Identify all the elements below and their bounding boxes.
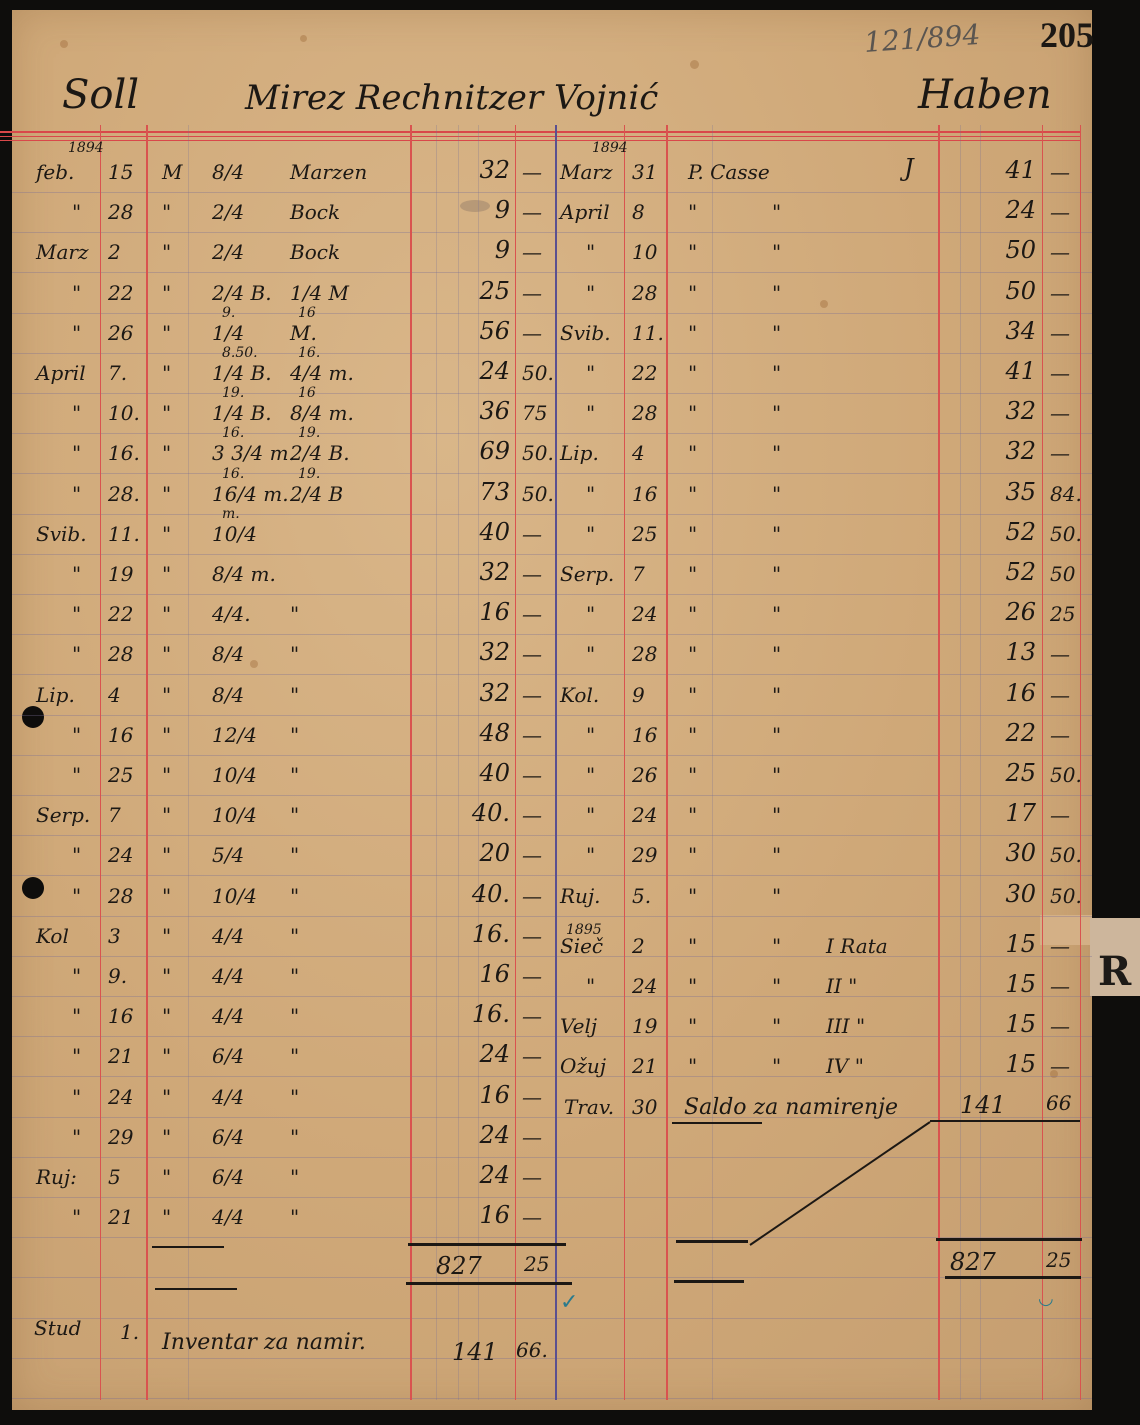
entry-amount: 36 bbox=[462, 397, 510, 425]
entry-day: 22 bbox=[108, 281, 133, 305]
entry-cents: — bbox=[1050, 642, 1070, 666]
entry-ref: " bbox=[162, 522, 171, 546]
carry-month: Stud bbox=[34, 1316, 81, 1340]
entry-cents: — bbox=[522, 723, 542, 747]
entry-ref: " bbox=[162, 642, 171, 666]
entry-item: 8/4 m. bbox=[290, 401, 354, 425]
balance-label: Saldo za namirenje bbox=[684, 1095, 898, 1120]
entry-month: Ruj: bbox=[36, 1165, 77, 1189]
ruling-line bbox=[12, 1117, 1092, 1118]
entry-quantity: 2/4 bbox=[212, 200, 244, 224]
entry-ref: " bbox=[162, 843, 171, 867]
entry-cents: — bbox=[1050, 361, 1070, 385]
entry-day: 31 bbox=[632, 160, 657, 184]
punch-hole bbox=[22, 877, 44, 899]
entry-day: 2 bbox=[108, 240, 121, 264]
ruling-line bbox=[12, 1358, 1092, 1359]
entry-month: Svib. bbox=[36, 522, 87, 546]
entry-ref: " bbox=[162, 1165, 171, 1189]
entry-amount: 24 bbox=[462, 357, 510, 385]
entry-quantity: 10/4 bbox=[212, 522, 257, 546]
entry-day: 24 bbox=[632, 803, 657, 827]
entry-desc: " bbox=[772, 401, 781, 425]
entry-amount: 16 bbox=[980, 679, 1036, 707]
entry-amount: 9 bbox=[462, 196, 510, 224]
entry-ref: " bbox=[162, 562, 171, 586]
debit-year: 1894 bbox=[68, 140, 104, 156]
ruling-line bbox=[12, 1318, 1092, 1319]
ruling-line bbox=[12, 634, 1092, 635]
entry-quantity: 6/4 bbox=[212, 1125, 244, 1149]
entry-installment: II " bbox=[826, 974, 857, 998]
entry-amount: 32 bbox=[462, 558, 510, 586]
entry-ref: " bbox=[162, 441, 171, 465]
entry-ref: " bbox=[162, 683, 171, 707]
entry-item: " bbox=[290, 1004, 299, 1028]
underline bbox=[152, 1246, 224, 1248]
entry-day: 25 bbox=[632, 522, 657, 546]
entry-desc: " bbox=[772, 642, 781, 666]
entry-day: 28 bbox=[108, 642, 133, 666]
entry-desc: " bbox=[688, 281, 697, 305]
entry-amount: 16 bbox=[462, 1201, 510, 1229]
entry-amount: 41 bbox=[980, 357, 1036, 385]
entry-day: 24 bbox=[108, 1085, 133, 1109]
entry-quantity: 1/4 B. bbox=[212, 361, 272, 385]
entry-cents: — bbox=[1050, 281, 1070, 305]
underline bbox=[155, 1288, 237, 1290]
carry-cents: 66. bbox=[516, 1338, 548, 1362]
entry-cents: — bbox=[1050, 240, 1070, 264]
entry-price-note: 16. bbox=[222, 425, 244, 441]
entry-price-note: 19. bbox=[298, 425, 320, 441]
entry-day: 28 bbox=[632, 281, 657, 305]
entry-cents: — bbox=[1050, 321, 1070, 345]
ruling-line bbox=[12, 1036, 1092, 1037]
entry-item: " bbox=[290, 924, 299, 948]
entry-ref: " bbox=[162, 240, 171, 264]
entry-month: " bbox=[586, 281, 595, 305]
entry-desc: " bbox=[688, 522, 697, 546]
entry-month: " bbox=[586, 522, 595, 546]
entry-ref: " bbox=[162, 763, 171, 787]
entry-month: " bbox=[72, 401, 81, 425]
entry-month: Ruj. bbox=[560, 884, 601, 908]
entry-item: " bbox=[290, 642, 299, 666]
entry-desc: " bbox=[772, 361, 781, 385]
entry-day: 8 bbox=[632, 200, 645, 224]
entry-item: 2/4 B. bbox=[290, 441, 350, 465]
ruling-line bbox=[12, 393, 1092, 394]
entry-month: " bbox=[72, 482, 81, 506]
entry-month: Marz bbox=[36, 240, 89, 264]
entry-desc: " bbox=[688, 602, 697, 626]
entry-month: " bbox=[586, 843, 595, 867]
entry-desc: " bbox=[772, 321, 781, 345]
entry-ref: " bbox=[162, 200, 171, 224]
total-double-rule bbox=[945, 1276, 1081, 1279]
entry-quantity: 16/4 m. bbox=[212, 482, 289, 506]
entry-month: Serp. bbox=[36, 803, 90, 827]
column-rule bbox=[515, 125, 516, 1400]
entry-amount: 40 bbox=[462, 759, 510, 787]
entry-day: 29 bbox=[632, 843, 657, 867]
entry-desc: " bbox=[772, 723, 781, 747]
entry-month: " bbox=[72, 1085, 81, 1109]
entry-day: 28 bbox=[108, 884, 133, 908]
entry-quantity: 10/4 bbox=[212, 884, 257, 908]
entry-cents: — bbox=[522, 1205, 542, 1229]
entry-month: " bbox=[586, 401, 595, 425]
entry-cents: 50. bbox=[1050, 884, 1082, 908]
total-rule bbox=[936, 1238, 1082, 1241]
entry-item: " bbox=[290, 723, 299, 747]
entry-day: 24 bbox=[632, 602, 657, 626]
entry-quantity: 8/4 bbox=[212, 642, 244, 666]
entry-desc: " bbox=[688, 723, 697, 747]
entry-month: " bbox=[72, 723, 81, 747]
entry-item: " bbox=[290, 1044, 299, 1068]
entry-amount: 41 bbox=[980, 156, 1036, 184]
entry-amount: 73 bbox=[462, 478, 510, 506]
entry-quantity: 4/4. bbox=[212, 602, 251, 626]
entry-month: " bbox=[72, 964, 81, 988]
ruling-line bbox=[12, 272, 1092, 273]
entry-month: Serp. bbox=[560, 562, 614, 586]
credit-year: 1894 bbox=[592, 140, 628, 156]
entry-desc: " bbox=[772, 240, 781, 264]
entry-desc: " bbox=[688, 803, 697, 827]
entry-desc: " bbox=[688, 200, 697, 224]
haben-heading: Haben bbox=[918, 72, 1052, 118]
entry-quantity: 4/4 bbox=[212, 1085, 244, 1109]
entry-month: Lip. bbox=[560, 441, 599, 465]
entry-ref: " bbox=[162, 1004, 171, 1028]
entry-day: 3 bbox=[108, 924, 121, 948]
entry-month: " bbox=[72, 1125, 81, 1149]
entry-quantity: 8/4 bbox=[212, 160, 244, 184]
entry-cents: — bbox=[1050, 723, 1070, 747]
entry-amount: 13 bbox=[980, 638, 1036, 666]
entry-month: " bbox=[72, 1205, 81, 1229]
column-rule bbox=[624, 125, 625, 1400]
entry-month: Kol bbox=[36, 924, 69, 948]
entry-cents: 50. bbox=[522, 361, 554, 385]
ruling-line bbox=[12, 1277, 1092, 1278]
entry-day: 24 bbox=[632, 974, 657, 998]
entry-desc: " bbox=[688, 934, 697, 958]
entry-day: 22 bbox=[108, 602, 133, 626]
entry-item: " bbox=[290, 964, 299, 988]
credit-total-cents: 25 bbox=[1046, 1248, 1071, 1272]
entry-item: " bbox=[290, 683, 299, 707]
entry-amount: 24 bbox=[462, 1121, 510, 1149]
entry-day: 19 bbox=[632, 1014, 657, 1038]
entry-item: " bbox=[290, 1085, 299, 1109]
check-mark: ◡ bbox=[1038, 1288, 1054, 1309]
entry-month: Ožuj bbox=[560, 1054, 606, 1078]
entry-day: 5. bbox=[632, 884, 651, 908]
entry-amount: 30 bbox=[980, 839, 1036, 867]
entry-cents: — bbox=[522, 843, 542, 867]
index-tab-letter: R bbox=[1098, 948, 1131, 995]
entry-quantity: 6/4 bbox=[212, 1165, 244, 1189]
entry-price-note: 8.50. bbox=[222, 345, 258, 361]
column-rule bbox=[436, 125, 437, 1400]
entry-amount: 16. bbox=[462, 920, 510, 948]
entry-cents: — bbox=[522, 522, 542, 546]
entry-quantity: 5/4 bbox=[212, 843, 244, 867]
entry-desc: " bbox=[688, 441, 697, 465]
entry-cents: — bbox=[522, 1165, 542, 1189]
entry-item: M. bbox=[290, 321, 317, 345]
entry-month: " bbox=[72, 1044, 81, 1068]
entry-price-note: 16. bbox=[222, 466, 244, 482]
entry-day: 22 bbox=[632, 361, 657, 385]
entry-cents: 25 bbox=[1050, 602, 1075, 626]
entry-item: Bock bbox=[290, 200, 340, 224]
ruling-line bbox=[12, 715, 1092, 716]
entry-day: 11. bbox=[108, 522, 140, 546]
top-red-rule bbox=[0, 140, 1080, 141]
ruling-line bbox=[12, 835, 1092, 836]
entry-amount: 15 bbox=[980, 930, 1036, 958]
entry-month: " bbox=[72, 441, 81, 465]
entry-cents: — bbox=[522, 683, 542, 707]
ruling-line bbox=[12, 473, 1092, 474]
entry-price-note: 16. bbox=[298, 345, 320, 361]
entry-amount: 9 bbox=[462, 236, 510, 264]
entry-desc: " bbox=[688, 240, 697, 264]
entry-day: 4 bbox=[108, 683, 121, 707]
total-rule bbox=[408, 1243, 566, 1246]
entry-amount: 40. bbox=[462, 880, 510, 908]
entry-item: Marzen bbox=[290, 160, 367, 184]
entry-price-note: 16 bbox=[298, 305, 316, 321]
entry-month: " bbox=[72, 763, 81, 787]
entry-quantity: 10/4 bbox=[212, 763, 257, 787]
page-number: 205 bbox=[1040, 14, 1094, 56]
entry-quantity: 4/4 bbox=[212, 924, 244, 948]
entry-ref: " bbox=[162, 401, 171, 425]
entry-amount: 50 bbox=[980, 277, 1036, 305]
underline bbox=[930, 1120, 1080, 1122]
entry-cents: — bbox=[522, 1044, 542, 1068]
entry-desc: " bbox=[772, 562, 781, 586]
entry-day: 16 bbox=[108, 1004, 133, 1028]
entry-day: 5 bbox=[108, 1165, 121, 1189]
ruling-line bbox=[12, 1398, 1092, 1399]
entry-month: Velj bbox=[560, 1014, 597, 1038]
entry-amount: 50 bbox=[980, 236, 1036, 264]
entry-desc: " bbox=[688, 361, 697, 385]
entry-month: Marz bbox=[560, 160, 613, 184]
entry-item: 2/4 B bbox=[290, 482, 343, 506]
entry-day: 10. bbox=[108, 401, 140, 425]
entry-month: " bbox=[72, 321, 81, 345]
entry-desc: " bbox=[688, 562, 697, 586]
entry-month: " bbox=[72, 1004, 81, 1028]
entry-amount: 26 bbox=[980, 598, 1036, 626]
entry-installment: I Rata bbox=[826, 934, 888, 958]
entry-cents: — bbox=[522, 160, 542, 184]
entry-desc: " bbox=[772, 934, 781, 958]
column-rule bbox=[1042, 125, 1043, 1400]
entry-day: 16 bbox=[632, 723, 657, 747]
entry-day: 25 bbox=[108, 763, 133, 787]
entry-cents: — bbox=[522, 281, 542, 305]
entry-amount: 32 bbox=[462, 156, 510, 184]
entry-desc: " bbox=[688, 1054, 697, 1078]
ruling-line bbox=[12, 192, 1092, 193]
balance-month: Trav. bbox=[564, 1095, 614, 1119]
entry-day: 9. bbox=[108, 964, 127, 988]
entry-cents: — bbox=[1050, 441, 1070, 465]
entry-price-note: 19. bbox=[298, 466, 320, 482]
entry-cents: — bbox=[1050, 200, 1070, 224]
entry-month: Svib. bbox=[560, 321, 611, 345]
entry-desc: " bbox=[772, 763, 781, 787]
entry-ref: M bbox=[162, 160, 182, 184]
entry-quantity: 2/4 bbox=[212, 240, 244, 264]
entry-quantity: 4/4 bbox=[212, 1004, 244, 1028]
ruling-line bbox=[12, 1076, 1092, 1077]
entry-day: 7 bbox=[108, 803, 121, 827]
ruling-line bbox=[12, 996, 1092, 997]
entry-month: Kol. bbox=[560, 683, 599, 707]
entry-amount: 24 bbox=[462, 1040, 510, 1068]
entry-desc: " bbox=[772, 1014, 781, 1038]
entry-ref: " bbox=[162, 602, 171, 626]
entry-amount: 34 bbox=[980, 317, 1036, 345]
stain bbox=[250, 660, 258, 668]
entry-amount: 48 bbox=[462, 719, 510, 747]
entry-item: 4/4 m. bbox=[290, 361, 354, 385]
entry-ref: " bbox=[162, 964, 171, 988]
carry-day: 1. bbox=[120, 1320, 139, 1344]
entry-item: " bbox=[290, 763, 299, 787]
ruling-line bbox=[12, 755, 1092, 756]
ruling-line bbox=[12, 594, 1092, 595]
entry-desc: " bbox=[772, 281, 781, 305]
entry-item: " bbox=[290, 1205, 299, 1229]
entry-ref: " bbox=[162, 1044, 171, 1068]
entry-amount: 16 bbox=[462, 1081, 510, 1109]
entry-month: " bbox=[72, 602, 81, 626]
entry-amount: 24 bbox=[980, 196, 1036, 224]
entry-amount: 35 bbox=[980, 478, 1036, 506]
entry-amount: 25 bbox=[462, 277, 510, 305]
entry-quantity: 8/4 m. bbox=[212, 562, 276, 586]
entry-desc: " bbox=[688, 974, 697, 998]
entry-ref: " bbox=[162, 924, 171, 948]
entry-ref: " bbox=[162, 723, 171, 747]
entry-item: " bbox=[290, 1125, 299, 1149]
stain bbox=[820, 300, 828, 308]
entry-quantity: 3 3/4 m. bbox=[212, 441, 295, 465]
top-red-rule bbox=[0, 136, 1080, 137]
entry-desc: " bbox=[688, 843, 697, 867]
entry-cents: — bbox=[1050, 401, 1070, 425]
entry-quantity: 2/4 B. bbox=[212, 281, 272, 305]
ruling-line bbox=[12, 795, 1092, 796]
entry-month: feb. bbox=[36, 160, 74, 184]
entry-amount: 16. bbox=[462, 1000, 510, 1028]
entry-amount: 56 bbox=[462, 317, 510, 345]
entry-cents: 50. bbox=[1050, 522, 1082, 546]
entry-ref: " bbox=[162, 1085, 171, 1109]
entry-day: 11. bbox=[632, 321, 664, 345]
credit-total-amount: 827 bbox=[950, 1248, 996, 1276]
entry-month: " bbox=[72, 884, 81, 908]
entry-item: " bbox=[290, 843, 299, 867]
index-tab[interactable]: R bbox=[1090, 918, 1140, 996]
entry-amount: 20 bbox=[462, 839, 510, 867]
entry-price-note: m. bbox=[222, 506, 240, 522]
entry-item: " bbox=[290, 602, 299, 626]
entry-day: 7 bbox=[632, 562, 645, 586]
entry-cents: — bbox=[522, 884, 542, 908]
ruling-line bbox=[12, 875, 1092, 876]
entry-month: " bbox=[72, 281, 81, 305]
entry-day: 2 bbox=[632, 934, 645, 958]
entry-month: " bbox=[586, 974, 595, 998]
entry-amount: 69 bbox=[462, 437, 510, 465]
entry-desc: " bbox=[772, 884, 781, 908]
entry-month: Lip. bbox=[36, 683, 75, 707]
entry-desc: " bbox=[688, 642, 697, 666]
column-rule bbox=[960, 125, 961, 1400]
entry-amount: 40 bbox=[462, 518, 510, 546]
entry-desc: " bbox=[772, 602, 781, 626]
entry-amount: 32 bbox=[462, 679, 510, 707]
entry-cents: — bbox=[522, 562, 542, 586]
entry-quantity: 8/4 bbox=[212, 683, 244, 707]
entry-ref: " bbox=[162, 482, 171, 506]
column-rule bbox=[188, 125, 189, 1400]
entry-item: " bbox=[290, 884, 299, 908]
entry-installment: III " bbox=[826, 1014, 865, 1038]
entry-amount: 16 bbox=[462, 960, 510, 988]
entry-cents: — bbox=[522, 1004, 542, 1028]
entry-cents: — bbox=[522, 321, 542, 345]
entry-quantity: 4/4 bbox=[212, 964, 244, 988]
entry-cents: 50. bbox=[522, 441, 554, 465]
ruling-line bbox=[12, 433, 1092, 434]
entry-desc: " bbox=[688, 763, 697, 787]
column-rule bbox=[712, 125, 713, 1400]
entry-cents: 50 bbox=[1050, 562, 1075, 586]
entry-cents: 84. bbox=[1050, 482, 1082, 506]
entry-item: " bbox=[290, 1165, 299, 1189]
stain bbox=[690, 60, 699, 69]
entry-day: 15 bbox=[108, 160, 133, 184]
entry-desc: " bbox=[772, 200, 781, 224]
total-double-rule bbox=[674, 1280, 744, 1283]
ruling-line bbox=[12, 514, 1092, 515]
entry-installment: IV " bbox=[826, 1054, 864, 1078]
entry-desc: " bbox=[688, 683, 697, 707]
entry-quantity: 1/4 bbox=[212, 321, 244, 345]
ruling-line bbox=[12, 232, 1092, 233]
entry-ref: " bbox=[162, 361, 171, 385]
entry-month: April bbox=[560, 200, 610, 224]
entry-cents: — bbox=[522, 1125, 542, 1149]
entry-desc: " bbox=[688, 1014, 697, 1038]
credit-year-1895: 1895 bbox=[566, 922, 602, 938]
entry-amount: 22 bbox=[980, 719, 1036, 747]
entry-amount: 32 bbox=[980, 397, 1036, 425]
